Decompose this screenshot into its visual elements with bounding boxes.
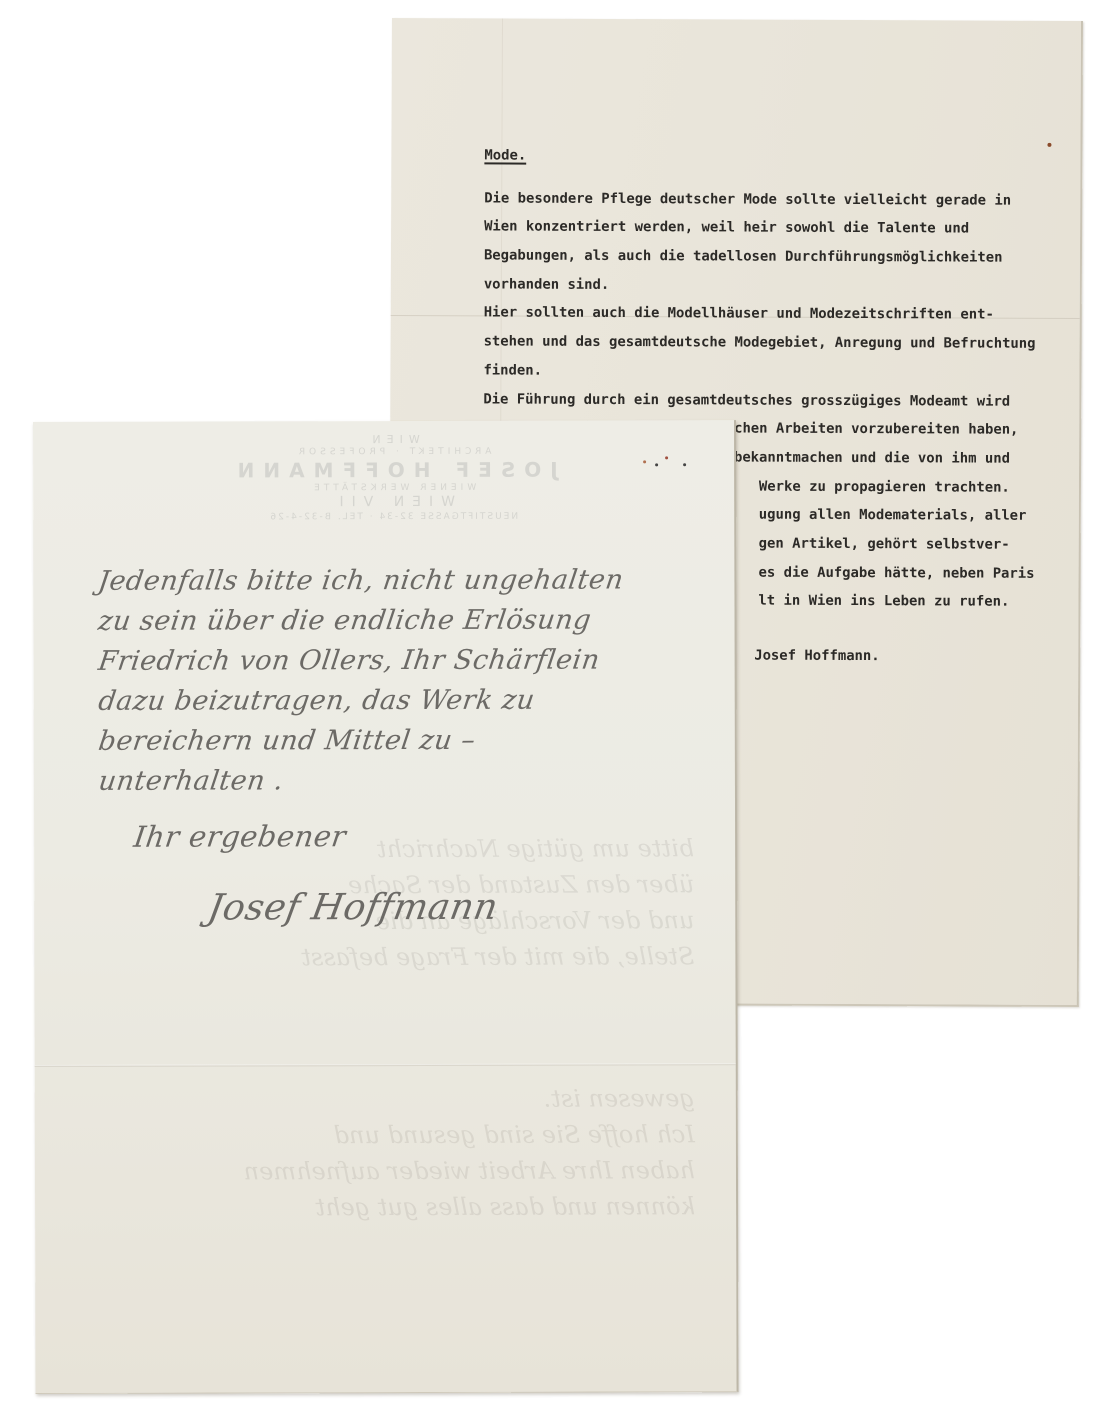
typed-signature: Josef Hoffmann.	[754, 642, 1034, 671]
typed-line: Die Führung durch ein gesamtdeutsches gr…	[483, 385, 1035, 416]
typed-title: Mode.	[484, 141, 1036, 172]
typed-line: Hier sollten auch die Modellhäuser und M…	[484, 299, 1036, 330]
handwritten-line: unterhalten .	[96, 760, 702, 802]
show-through-line: gewesen ist.	[115, 1080, 695, 1118]
handwritten-text-block: Jedenfalls bitte ich, nicht ungehalten z…	[95, 560, 696, 934]
handwritten-closing: Ihr ergebener	[131, 814, 699, 857]
handwritten-letter-page: WIEN ARCHITEKT · PROFESSOR JOSEF HOFFMAN…	[33, 420, 739, 1394]
ink-dots	[643, 456, 703, 466]
letterhead-line: NEUSTIFTGASSE 32-34 · TEL. B-32-4-26	[183, 511, 603, 523]
show-through-line: Ich hoffe Sie sind gesund und	[115, 1116, 695, 1154]
handwritten-line: zu sein über die endliche Erlösung	[96, 600, 702, 642]
handwritten-line: Friedrich von Ollers, Ihr Schärflein	[96, 640, 702, 682]
show-through-line: haben Ihre Arbeit wieder aufnehmen	[115, 1152, 695, 1190]
fold-line	[35, 1063, 736, 1067]
reverse-show-through: gewesen ist. Ich hoffe Sie sind gesund u…	[115, 1080, 695, 1226]
typed-line: Die besondere Pflege deutscher Mode soll…	[484, 184, 1036, 215]
show-through-line: können und dass alles gut geht	[115, 1188, 695, 1226]
typed-line: Begabungen, als auch die tadellosen Durc…	[484, 241, 1036, 272]
typed-line: finden.	[483, 356, 1035, 387]
typed-title-text: Mode.	[484, 147, 526, 163]
letterhead-show-through: WIEN ARCHITEKT · PROFESSOR JOSEF HOFFMAN…	[183, 433, 603, 524]
show-through-line: Stelle, die mit der Frage befasst	[114, 938, 694, 976]
letterhead-line: WIEN VII	[183, 494, 603, 513]
typed-line: Wien konzentriert werden, weil heir sowo…	[484, 213, 1036, 244]
typed-line: stehen und das gesamtdeutsche Modegebiet…	[484, 328, 1036, 359]
ink-spot	[1047, 143, 1051, 147]
letterhead-line: JOSEF HOFFMANN	[183, 458, 603, 484]
typed-line: vorhanden sind.	[484, 270, 1036, 301]
handwritten-line: Jedenfalls bitte ich, nicht ungehalten	[95, 560, 701, 602]
handwritten-signature: Josef Hoffmann	[204, 882, 701, 933]
handwritten-line: dazu beizutragen, das Werk zu	[96, 680, 702, 722]
letterhead-line: WIEN	[183, 433, 603, 448]
handwritten-line: bereichern und Mittel zu –	[96, 720, 702, 762]
